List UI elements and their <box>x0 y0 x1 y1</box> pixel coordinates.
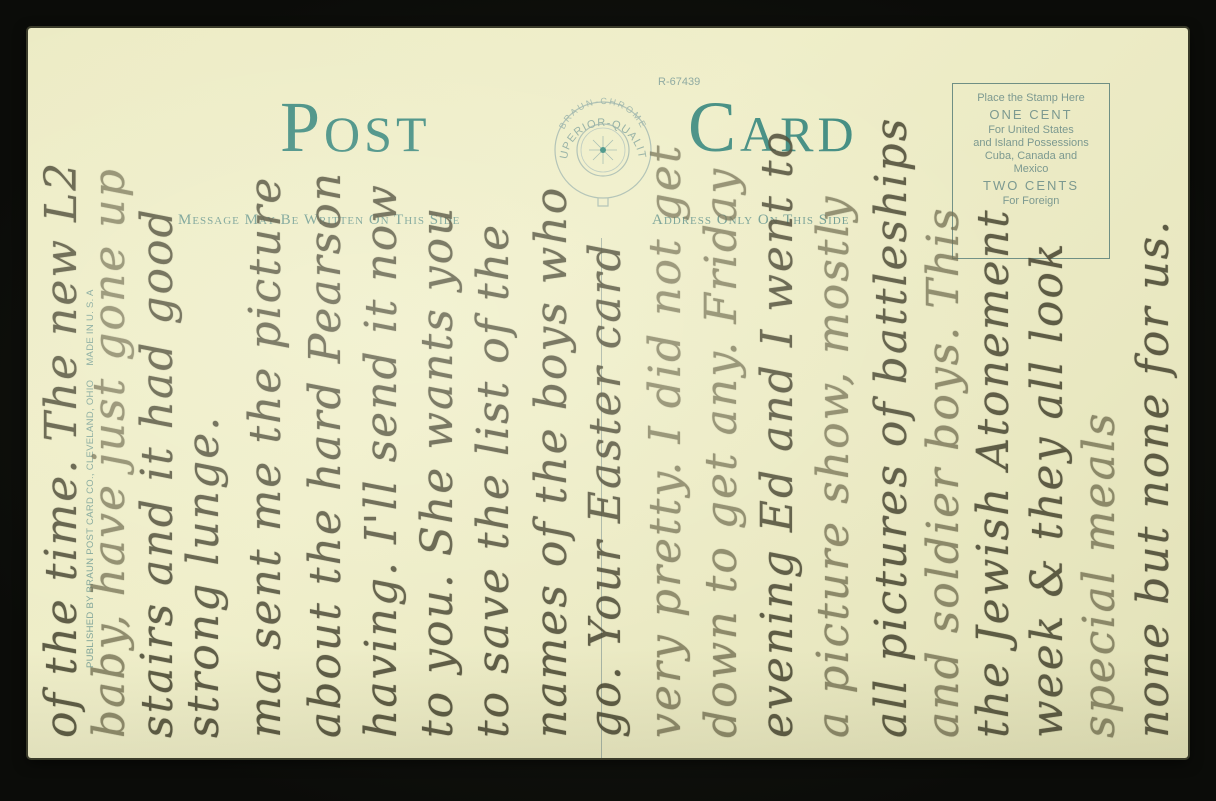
handwriting-line: and soldier boys. This <box>918 206 969 738</box>
handwriting-line: to you. She wants you <box>412 206 463 739</box>
stamp-domestic-rate: ONE CENT <box>953 108 1109 121</box>
handwriting-line: go. Your Easter card <box>580 241 631 738</box>
svg-text:SUPERIOR-QUALITY: SUPERIOR-QUALITY <box>543 80 648 160</box>
handwriting-line: special meals <box>1074 412 1125 738</box>
postcard: Post Card R-67439 BRAUN-CHROME SUPERIOR-… <box>28 28 1188 758</box>
stamp-foreign-rate: TWO CENTS <box>953 179 1109 192</box>
stamp-domestic-line-2: and Island Possessions <box>953 137 1109 150</box>
handwriting-line: names of the boys who <box>526 186 577 738</box>
handwriting-line: very pretty. I did not get <box>640 143 691 738</box>
handwriting-line: the Jewish Atonement <box>968 208 1019 738</box>
stamp-domestic-line-4: Mexico <box>953 163 1109 176</box>
handwriting-line: about the hard Pearson <box>300 171 351 738</box>
stamp-domestic-line-3: Cuba, Canada and <box>953 150 1109 163</box>
stamp-domestic-line-1: For United States <box>953 124 1109 137</box>
post-title: Post <box>280 86 431 169</box>
handwriting-line: evening Ed and I went to <box>752 130 803 738</box>
serial-number: R-67439 <box>658 76 700 88</box>
handwriting-line: all pictures of battleships <box>866 117 917 738</box>
handwriting-line: a picture show, mostly <box>808 195 859 738</box>
handwriting-line: baby, have just gone up <box>84 167 135 738</box>
handwriting-line: stairs and it had good <box>132 207 183 738</box>
stamp-instruction: Place the Stamp Here <box>953 92 1109 105</box>
handwriting-line: ma sent me the picture <box>240 176 291 738</box>
handwriting-line: to save the list of the <box>468 223 519 738</box>
handwriting-line: week & they all look <box>1022 241 1073 738</box>
handwriting-line: down to get any. Friday <box>696 167 747 738</box>
handwriting-line: none but none for us. <box>1128 219 1179 738</box>
handwriting-line: having. I'll send it now <box>356 183 407 738</box>
handwriting-line: of the time. The new L2 <box>36 161 87 738</box>
handwriting-line: strong lunge. <box>178 415 229 738</box>
stamp-foreign-line: For Foreign <box>953 195 1109 208</box>
